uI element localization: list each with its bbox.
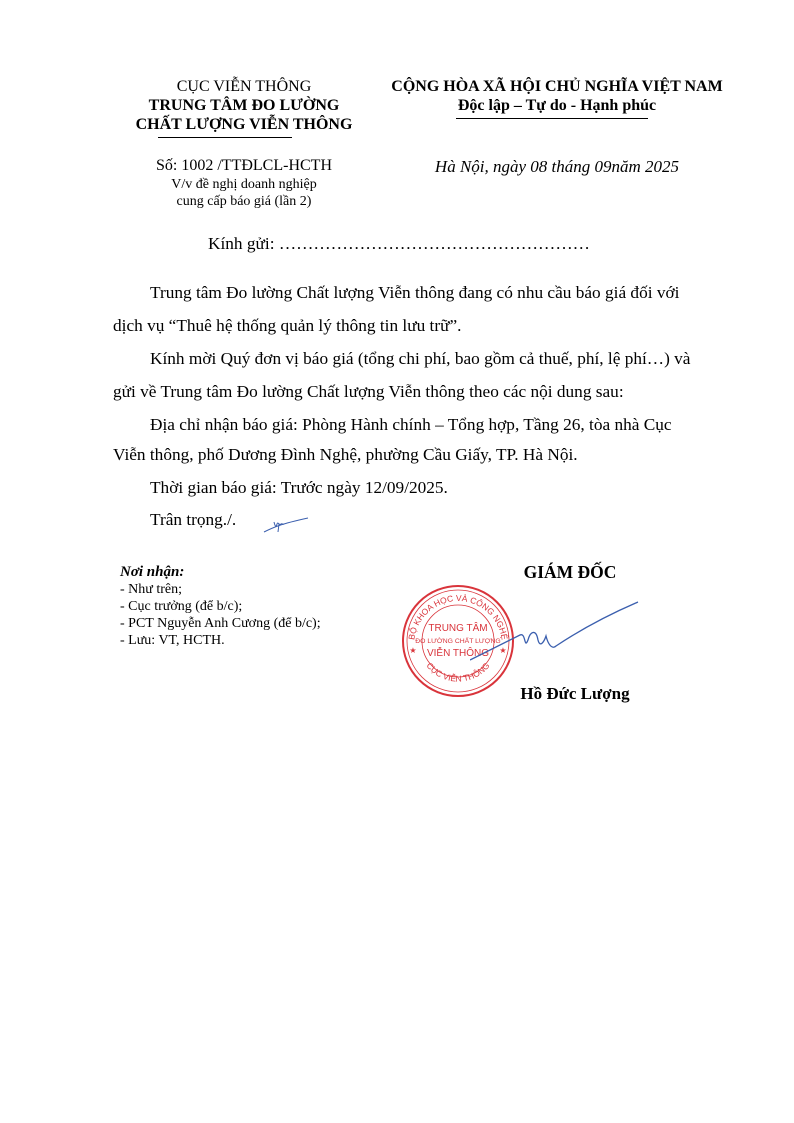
header-right-underline: [456, 118, 648, 119]
recipient-line: Kính gửi: ………………………………………………: [208, 234, 590, 254]
national-header-block: CỘNG HÒA XÃ HỘI CHỦ NGHĨA VIỆT NAM Độc l…: [362, 77, 752, 115]
paragraph-1-line2: dịch vụ “Thuê hệ thống quản lý thông tin…: [113, 316, 719, 336]
paragraph-3-line2: Viễn thông, phố Dương Đình Nghệ, phường …: [113, 445, 719, 465]
recipient-item: - Cục trưởng (để b/c);: [120, 598, 321, 615]
paragraph-3-line1: Địa chỉ nhận báo giá: Phòng Hành chính –…: [113, 415, 719, 435]
paragraph-2-line1: Kính mời Quý đơn vị báo giá (tổng chi ph…: [113, 349, 719, 369]
initial-signature-icon: [262, 512, 312, 536]
signatory-name: Hồ Đức Lượng: [490, 684, 660, 704]
agency-name: CỤC VIỄN THÔNG: [98, 77, 390, 96]
recipients-title: Nơi nhận:: [120, 564, 321, 581]
document-subject: V/v đề nghị doanh nghiệp cung cấp báo gi…: [98, 176, 390, 210]
national-motto: Độc lập – Tự do - Hạnh phúc: [362, 96, 752, 115]
signatory-title: GIÁM ĐỐC: [480, 562, 660, 583]
paragraph-1-line1: Trung tâm Đo lường Chất lượng Viễn thông…: [113, 283, 719, 303]
subject-line2: cung cấp báo giá (lần 2): [98, 193, 390, 210]
issuing-agency-block: CỤC VIỄN THÔNG TRUNG TÂM ĐO LƯỜNG CHẤT L…: [98, 77, 390, 134]
center-name-line2: CHẤT LƯỢNG VIỄN THÔNG: [98, 115, 390, 134]
svg-text:★: ★: [409, 646, 416, 655]
header-left-underline: [158, 137, 292, 138]
closing-line: Trân trọng./.: [113, 510, 719, 530]
recipient-item: - PCT Nguyễn Anh Cương (để b/c);: [120, 615, 321, 632]
subject-line1: V/v đề nghị doanh nghiệp: [98, 176, 390, 193]
paragraph-2-line2: gửi về Trung tâm Đo lường Chất lượng Viễ…: [113, 382, 719, 402]
paragraph-4: Thời gian báo giá: Trước ngày 12/09/2025…: [113, 478, 719, 498]
date-line: Hà Nội, ngày 08 tháng 09năm 2025: [362, 157, 752, 177]
director-signature-icon: [470, 600, 640, 670]
nation-name: CỘNG HÒA XÃ HỘI CHỦ NGHĨA VIỆT NAM: [362, 77, 752, 96]
recipient-item: - Lưu: VT, HCTH.: [120, 632, 321, 649]
document-number: Số: 1002 /TTĐLCL-HCTH: [98, 156, 390, 175]
recipients-block: Nơi nhận: - Như trên; - Cục trưởng (để b…: [120, 564, 321, 649]
center-name-line1: TRUNG TÂM ĐO LƯỜNG: [98, 96, 390, 115]
recipient-item: - Như trên;: [120, 581, 321, 598]
